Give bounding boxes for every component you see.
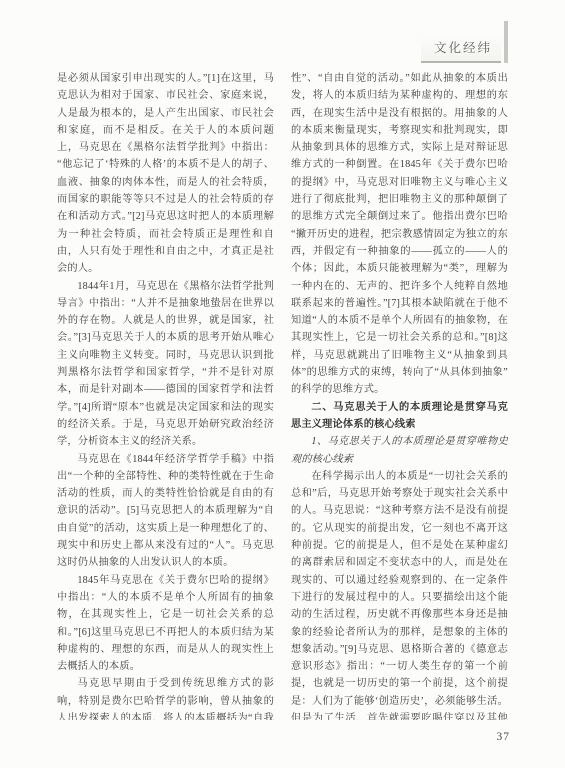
paragraph: 马克思在《1844年经济学哲学手稿》中指出“一个种的全部特性、种的类特性就在于生… <box>57 451 274 572</box>
section-heading: 二、马克思关于人的本质理论是贯穿马克思主义理论体系的核心线索 <box>291 399 508 434</box>
subsection-heading: 1、马克思关于人的本质理论是贯穿唯物史观的核心线索 <box>291 433 508 468</box>
page-number: 37 <box>497 731 511 743</box>
left-column: 是必须从国家引申出现实的人。”[1]在这里，马克思认为相对于国家、市民社会、家庭… <box>57 70 274 720</box>
paragraph: 1845年马克思在《关于费尔巴哈的提纲》中指出：“人的本质不是单个人所固有的抽象… <box>57 572 274 676</box>
running-head-underline: 文化经纬 <box>421 35 501 63</box>
section-label: 文化经纬 <box>434 41 492 55</box>
paragraph: 马克思早期由于受到传统思维方式的影响，特别是费尔巴哈哲学的影响，曾从抽象的人出发… <box>57 675 274 720</box>
paragraph-continuation: 是必须从国家引申出现实的人。”[1]在这里，马克思认为相对于国家、市民社会、家庭… <box>57 70 274 278</box>
paragraph: 1844年1月，马克思在《黑格尔法哲学批判导言》中指出：“人并不是抽象地蛰居在世… <box>57 278 274 451</box>
journal-page: 文化经纬 是必须从国家引申出现实的人。”[1]在这里，马克思认为相对于国家、市民… <box>0 0 565 768</box>
right-column: 性”、“自由自觉的活动。”如此从抽象的本质出发，将人的本质归结为某种虚构的、理想… <box>291 70 508 720</box>
running-head-accent-bar <box>504 21 508 63</box>
paragraph: 在科学揭示出人的本质是“一切社会关系的总和”后，马克思开始考察处于现实社会关系中… <box>291 468 508 720</box>
running-head: 文化经纬 <box>421 21 508 63</box>
article-body: 是必须从国家引申出现实的人。”[1]在这里，马克思认为相对于国家、市民社会、家庭… <box>57 70 508 720</box>
paragraph-continuation: 性”、“自由自觉的活动。”如此从抽象的本质出发，将人的本质归结为某种虚构的、理想… <box>291 70 508 399</box>
